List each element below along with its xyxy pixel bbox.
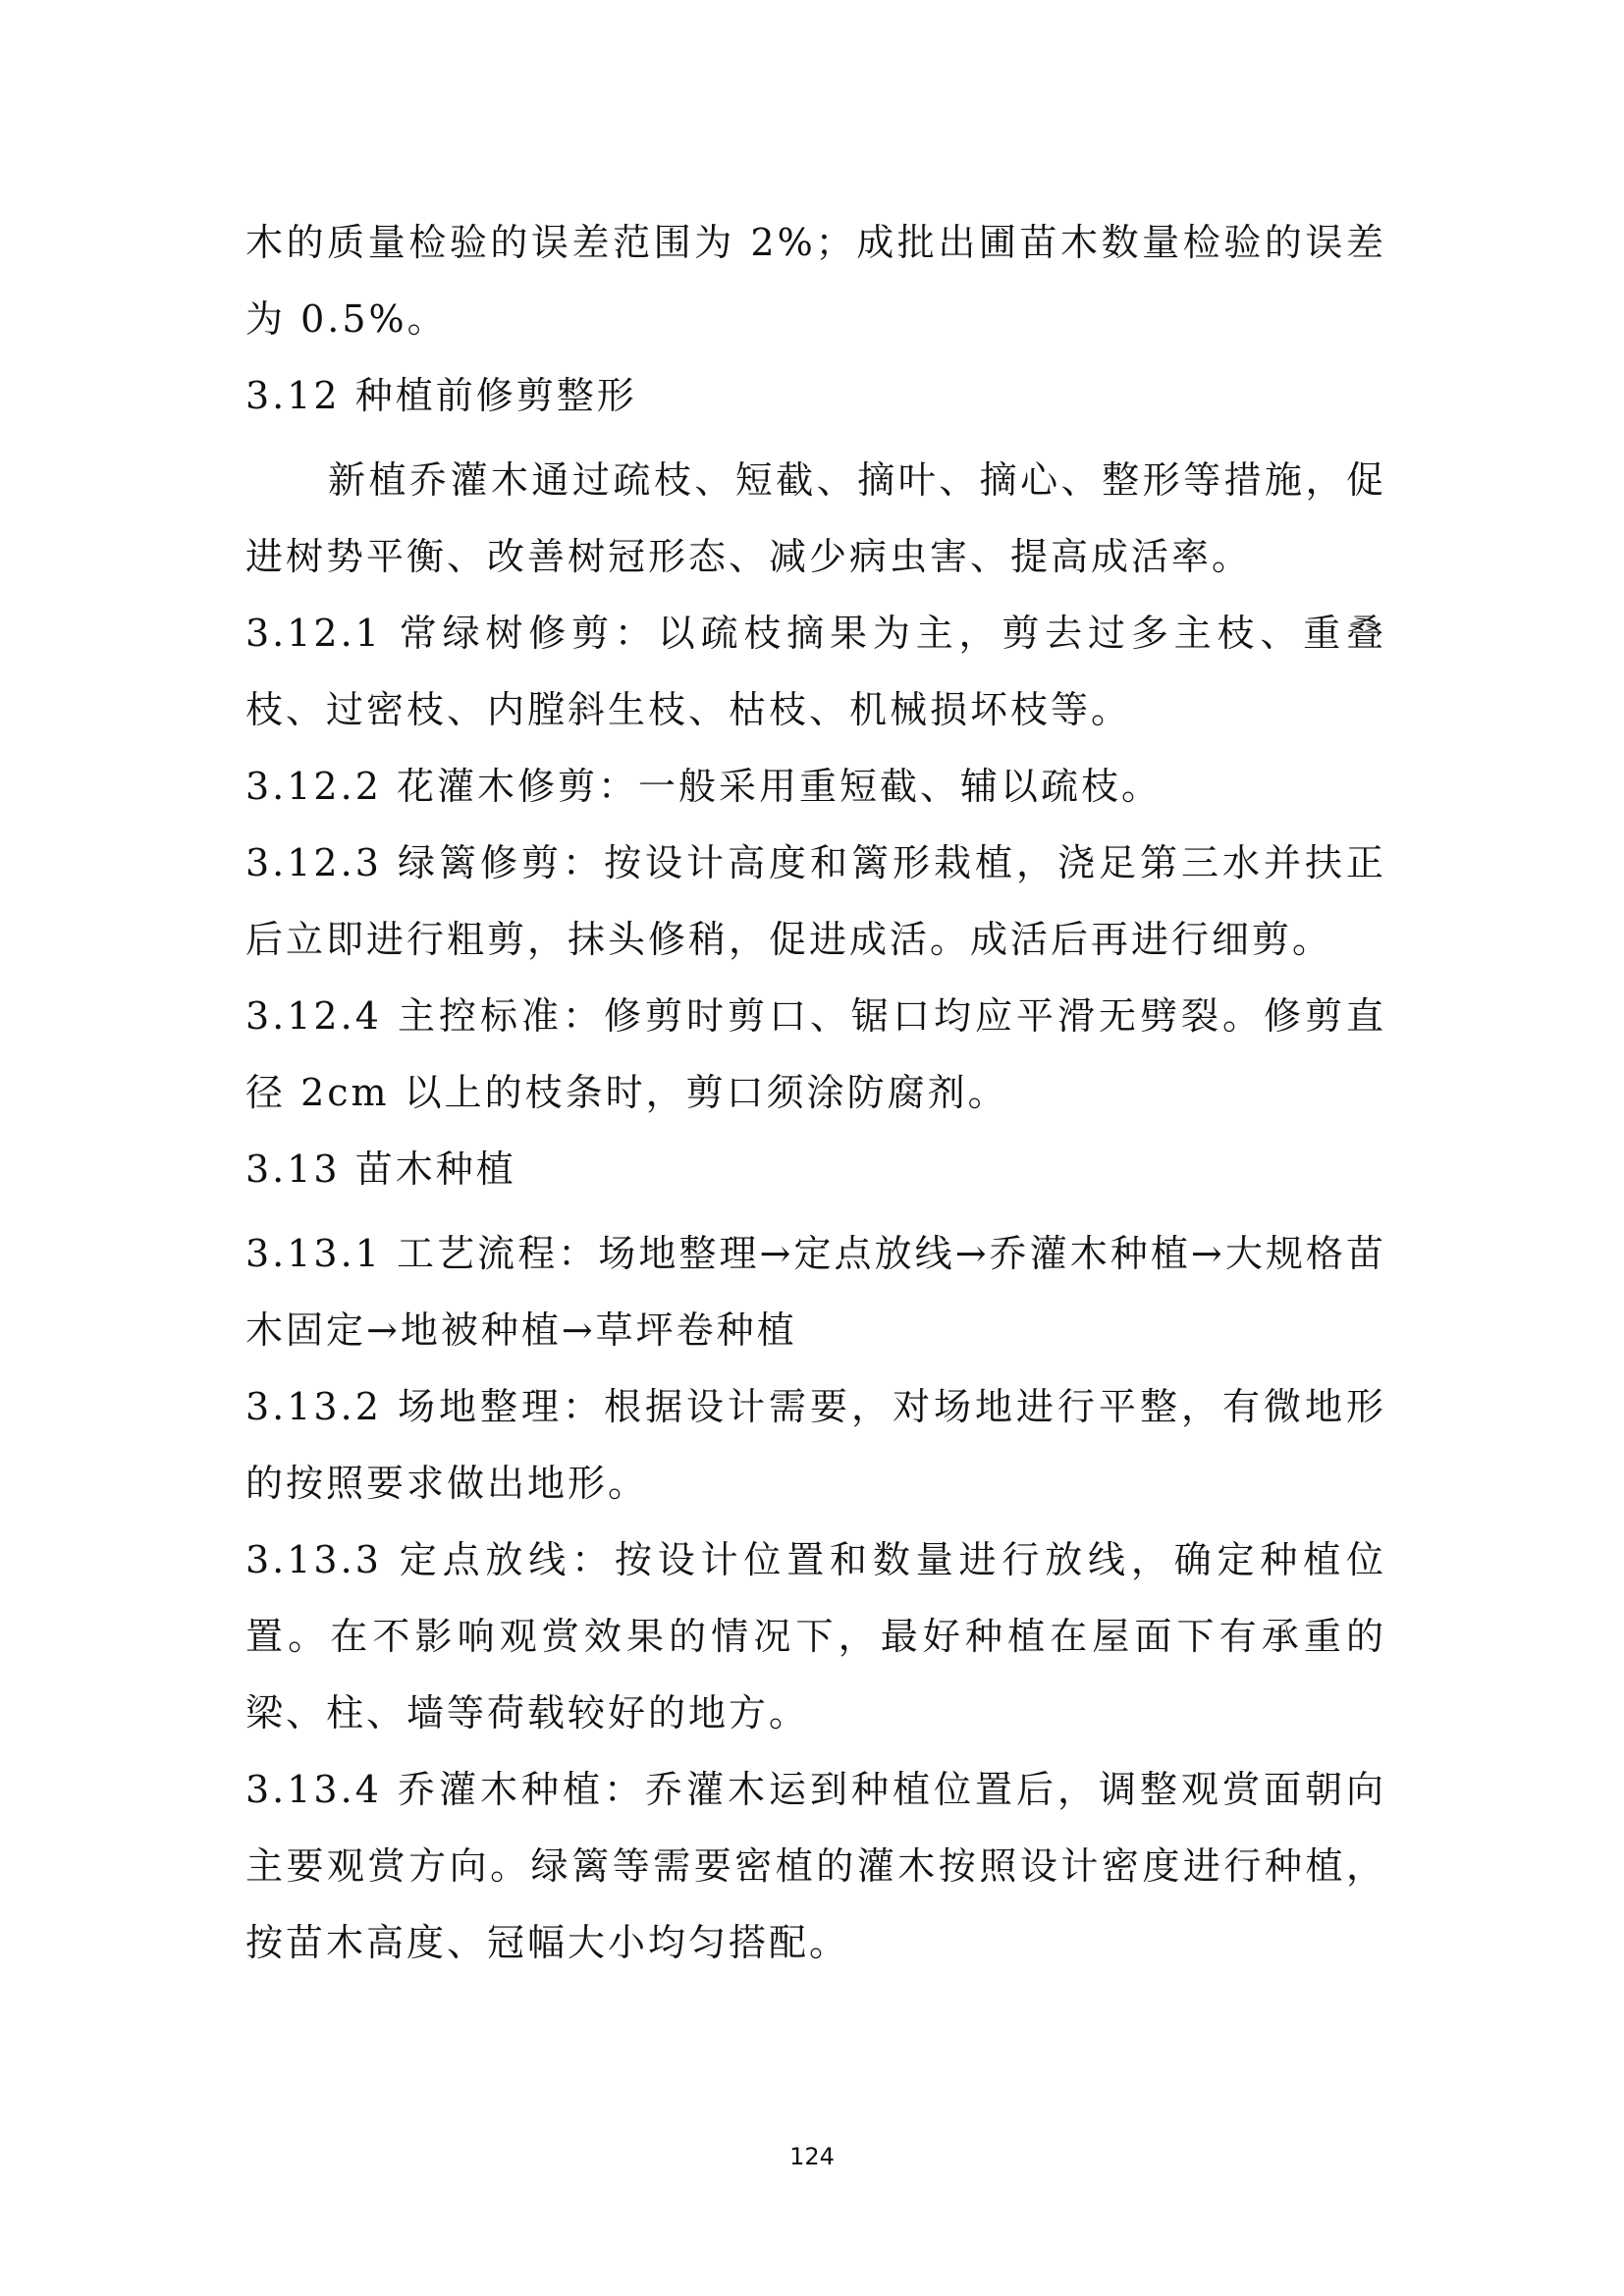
- paragraph-error-range: 木的质量检验的误差范围为 2%；成批出圃苗木数量检验的误差为 0.5%。: [245, 204, 1386, 357]
- heading-3-12: 3.12 种植前修剪整形: [245, 357, 1386, 434]
- paragraph-3-12-4: 3.12.4 主控标准：修剪时剪口、锯口均应平滑无劈裂。修剪直径 2cm 以上的…: [245, 978, 1386, 1131]
- document-page: 木的质量检验的误差范围为 2%；成批出圃苗木数量检验的误差为 0.5%。 3.1…: [245, 204, 1386, 1981]
- paragraph-3-12-1: 3.12.1 常绿树修剪：以疏枝摘果为主，剪去过多主枝、重叠枝、过密枝、内膛斜生…: [245, 595, 1386, 748]
- page-number: 124: [0, 2143, 1624, 2170]
- paragraph-3-12-2: 3.12.2 花灌木修剪：一般采用重短截、辅以疏枝。: [245, 748, 1386, 825]
- paragraph-3-13-2: 3.13.2 场地整理：根据设计需要，对场地进行平整，有微地形的按照要求做出地形…: [245, 1368, 1386, 1522]
- paragraph-3-13-1: 3.13.1 工艺流程：场地整理→定点放线→乔灌木种植→大规格苗木固定→地被种植…: [245, 1215, 1386, 1368]
- paragraph-3-13-3: 3.13.3 定点放线：按设计位置和数量进行放线，确定种植位置。在不影响观赏效果…: [245, 1522, 1386, 1751]
- heading-3-13: 3.13 苗木种植: [245, 1131, 1386, 1207]
- paragraph-3-13-4: 3.13.4 乔灌木种植：乔灌木运到种植位置后，调整观赏面朝向主要观赏方向。绿篱…: [245, 1751, 1386, 1981]
- paragraph-3-12-3: 3.12.3 绿篱修剪：按设计高度和篱形栽植，浇足第三水并扶正后立即进行粗剪，抹…: [245, 825, 1386, 978]
- paragraph-pruning-intro: 新植乔灌木通过疏枝、短截、摘叶、摘心、整形等措施，促进树势平衡、改善树冠形态、减…: [245, 442, 1386, 595]
